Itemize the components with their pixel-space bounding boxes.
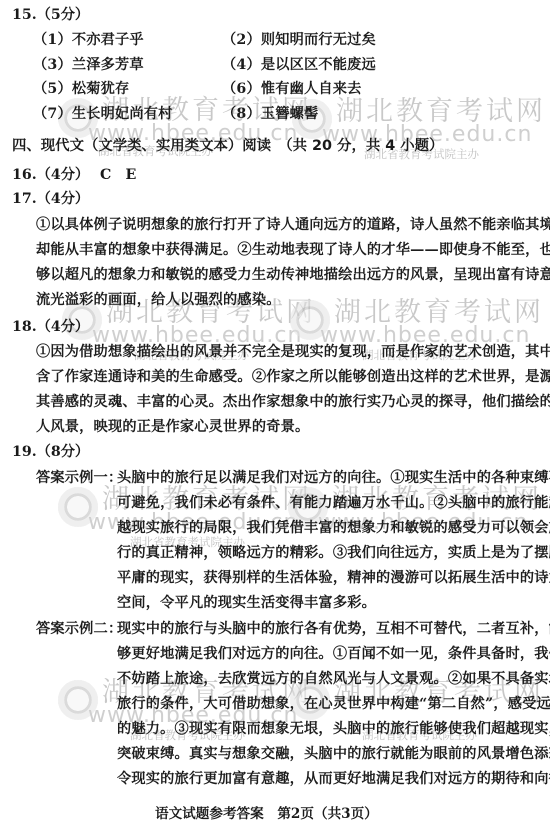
q18-line: 其善感的灵魂、丰富的心灵。杰出作家想象中的旅行实乃心灵的探寻，他们描绘的动: [36, 393, 535, 411]
question-16-answer: C E: [100, 166, 136, 184]
q19-example-1-line: 头脑中的旅行足以满足我们对远方的向往。①现实生活中的各种束缚不: [117, 469, 535, 487]
q15-item-1: （1）不亦君子乎: [33, 31, 144, 49]
q19-example-2-line: 令现实的旅行更加富有意趣，从而更好地满足我们对远方的期待和向往，: [117, 770, 535, 788]
q19-example-1-line: 空间，令平凡的现实生活变得丰富多彩。: [117, 594, 376, 612]
q18-line: ①因为借助想象描绘出的风景并不完全是现实的复现，而是作家的艺术创造，其中蕴: [36, 343, 535, 361]
q19-example-2-line: 突破束缚。真实与想象交融，头脑中的旅行就能为眼前的风景增色添彩，: [117, 745, 535, 763]
section-4-title: 四、现代文（文学类、实用类文本）阅读 （共 20 分，共 4 小题）: [12, 137, 443, 155]
q19-example-1-line: 可避免，我们未必有条件、有能力踏遍万水千山。②头脑中的旅行能超: [117, 494, 535, 512]
watermark-logo-icon: [58, 680, 98, 720]
q19-example-2-line: 够更好地满足我们对远方的向往。①百闻不如一见，条件具备时，我们: [117, 645, 535, 663]
watermark-logo-icon: [58, 487, 98, 527]
q17-line: 流光溢彩的画面，给人以强烈的感染。: [36, 291, 281, 309]
q17-line: 够以超凡的想象力和敏锐的感受力生动传神地描绘出远方的风景，呈现出富有诗意、: [36, 266, 535, 284]
question-17-header: 17.（4分）: [12, 190, 89, 208]
q15-item-2: （2）则知明而行无过矣: [222, 31, 376, 49]
watermark-logo-icon: [290, 300, 330, 340]
q17-line: ①以具体例子说明想象的旅行打开了诗人通向远方的道路，诗人虽然不能亲临其境，: [36, 216, 535, 234]
q19-example-2-line: 现实中的旅行与头脑中的旅行各有优势，互相不可替代，二者互补，能: [117, 620, 535, 638]
watermark-title: 湖北教育考试网: [334, 298, 544, 328]
question-19-header: 19.（8分）: [12, 443, 89, 461]
q19-example-2-line: 不妨踏上旅途，去欣赏远方的自然风光与人文景观。②如果不具备实地: [117, 670, 535, 688]
q18-line: 人风景，映现的正是作家心灵世界的奇景。: [36, 418, 309, 436]
q19-example-2-label: 答案示例二：: [36, 620, 122, 638]
q18-line: 含了作家连通诗和美的生命感受。②作家之所以能够创造出这样的艺术世界，是源于: [36, 368, 535, 386]
question-15-header: 15.（5分）: [12, 6, 89, 24]
q15-item-7: （7）生长明妃尚有村: [33, 105, 173, 123]
page-footer: 语文试题参考答案 第2页（共3页）: [155, 805, 378, 823]
q19-example-1-label: 答案示例一：: [36, 469, 122, 487]
q19-example-2-line: 旅行的条件，大可借助想象，在心灵世界中构建“第二自然”，感受远方: [117, 695, 535, 713]
q15-item-4: （4）是以区区不能废远: [222, 56, 376, 74]
q19-example-1-line: 平庸的现实，获得别样的生活体验，精神的漫游可以拓展生活中的诗意: [117, 569, 535, 587]
watermark-title: 湖北教育考试网: [336, 97, 546, 127]
q19-example-1-line: 行的真正精神，领略远方的精彩。③我们向往远方，实质上是为了摆脱: [117, 544, 535, 562]
q19-example-2-line: 的魅力。③现实有限而想象无垠，头脑中的旅行能够使我们超越现实，: [117, 720, 535, 738]
q15-item-6: （6）惟有幽人自来去: [222, 80, 362, 98]
q15-item-5: （5）松菊犹存: [33, 80, 129, 98]
question-18-header: 18.（4分）: [12, 318, 89, 336]
q15-item-3: （3）兰泽多芳草: [33, 56, 144, 74]
answer-key-page: 湖北教育考试网 www.hbee.edu.cn 湖北省教育考试院主办 湖北教育考…: [0, 0, 550, 834]
q15-item-8: （8）玉簪螺髻: [222, 105, 318, 123]
question-16-header: 16.（4分）: [12, 166, 89, 184]
q17-line: 却能从丰富的想象中获得满足。②生动地表现了诗人的才华——即使身不能至，也能: [36, 241, 535, 259]
q19-example-1-line: 越现实旅行的局限，我们凭借丰富的想象力和敏锐的感受力可以领会旅: [117, 519, 535, 537]
